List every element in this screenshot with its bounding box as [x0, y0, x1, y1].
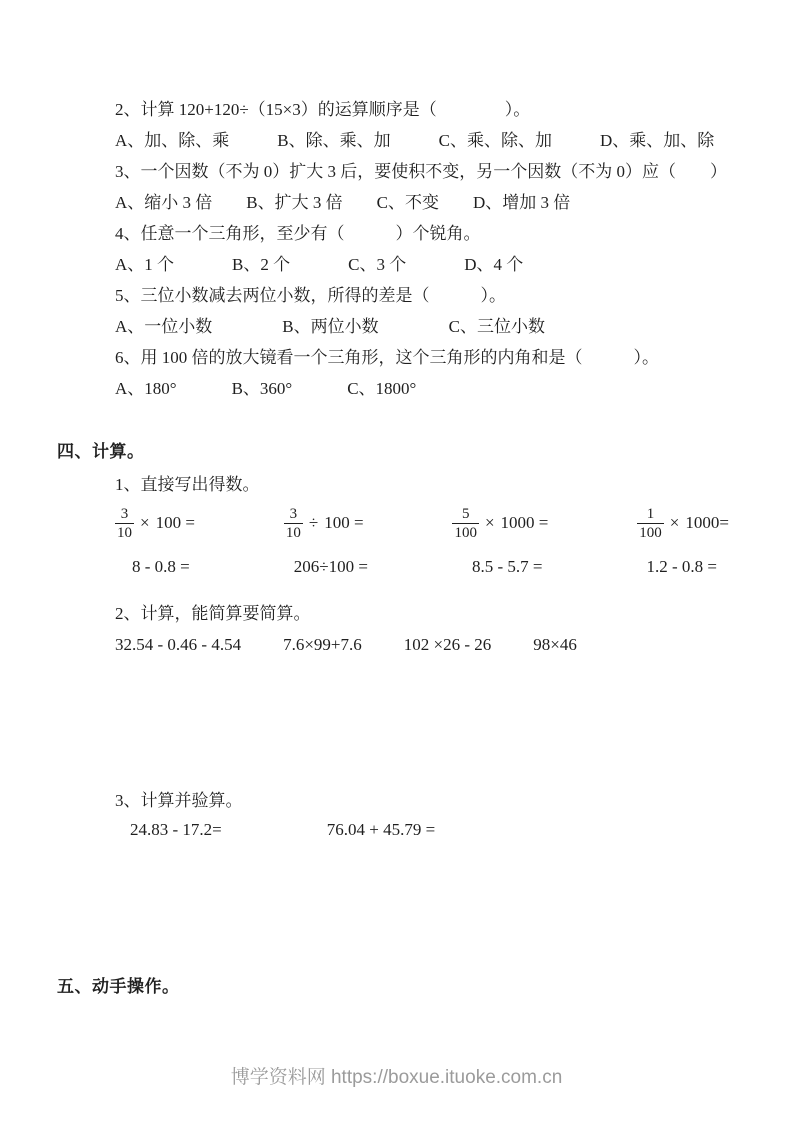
question-2-text: 2、计算 120+120÷（15×3）的运算顺序是（ ）。 [115, 92, 757, 123]
option-5b: B、两位小数 [282, 312, 378, 337]
fraction-2: 3 10 [284, 505, 303, 542]
decimal-calc-row: 8 - 0.8 = 206÷100 = 8.5 - 5.7 = 1.2 - 0.… [132, 551, 717, 582]
simplify-expression-2: 7.6×99+7.6 [283, 635, 362, 655]
operator: × [485, 513, 495, 533]
option-5c: C、三位小数 [449, 312, 545, 337]
operator: × [140, 513, 150, 533]
question-6-options: A、180° B、360° C、1800° [115, 371, 757, 402]
fraction-1: 3 10 [115, 505, 134, 542]
question-4-options: A、1 个 B、2 个 C、3 个 D、4 个 [115, 247, 757, 278]
decimal-expression-3: 8.5 - 5.7 = [472, 557, 543, 577]
option-3b: B、扩大 3 倍 [246, 188, 342, 213]
decimal-expression-1: 8 - 0.8 = [132, 557, 190, 577]
section4-sub3-label: 3、计算并验算。 [115, 783, 757, 814]
option-2c: C、乘、除、加 [439, 126, 552, 151]
verify-calc-row: 24.83 - 17.2= 76.04 + 45.79 = [130, 814, 757, 845]
operand: 1000 = [501, 513, 549, 533]
simplify-expression-4: 98×46 [533, 635, 577, 655]
fraction-expression-4: 1 100 × 1000= [637, 505, 729, 542]
section-five-title: 五、动手操作。 [57, 969, 757, 1000]
question-3-options: A、缩小 3 倍 B、扩大 3 倍 C、不变 D、增加 3 倍 [115, 185, 757, 216]
question-3-text: 3、一个因数（不为 0）扩大 3 后，要使积不变，另一个因数（不为 0）应（ ） [115, 154, 757, 185]
question-5-options: A、一位小数 B、两位小数 C、三位小数 [115, 309, 757, 340]
simplify-calc-row: 32.54 - 0.46 - 4.54 7.6×99+7.6 102 ×26 -… [115, 629, 757, 660]
option-3d: D、增加 3 倍 [473, 188, 570, 213]
fraction-expression-3: 5 100 × 1000 = [452, 505, 548, 542]
verify-expression-1: 24.83 - 17.2= [130, 820, 222, 840]
section4-sub2-label: 2、计算，能简算要简算。 [115, 596, 757, 627]
option-3a: A、缩小 3 倍 [115, 188, 212, 213]
option-6c: C、1800° [347, 374, 416, 399]
question-4-text: 4、任意一个三角形，至少有（ ）个锐角。 [115, 216, 757, 247]
question-6-text: 6、用 100 倍的放大镜看一个三角形，这个三角形的内角和是（ ）。 [115, 340, 757, 371]
worksheet-page: 2、计算 120+120÷（15×3）的运算顺序是（ ）。 A、加、除、乘 B、… [0, 0, 793, 1122]
operator: × [670, 513, 680, 533]
footer-text: 博学资料网 https://boxue.ituoke.com.cn [231, 1067, 563, 1088]
footer-watermark: 博学资料网 https://boxue.ituoke.com.cn [0, 1062, 793, 1089]
option-4c: C、3 个 [348, 250, 406, 275]
option-5a: A、一位小数 [115, 312, 212, 337]
question-5-text: 5、三位小数减去两位小数，所得的差是（ ）。 [115, 278, 757, 309]
simplify-expression-3: 102 ×26 - 26 [404, 635, 492, 655]
question-2-options: A、加、除、乘 B、除、乘、加 C、乘、除、加 D、乘、加、除 [115, 123, 757, 154]
option-2a: A、加、除、乘 [115, 126, 229, 151]
operator: ÷ [309, 513, 318, 533]
option-4b: B、2 个 [232, 250, 290, 275]
verify-expression-2: 76.04 + 45.79 = [327, 820, 435, 840]
option-2d: D、乘、加、除 [600, 126, 714, 151]
fraction-expression-2: 3 10 ÷ 100 = [284, 505, 364, 542]
option-6b: B、360° [232, 374, 293, 399]
simplify-expression-1: 32.54 - 0.46 - 4.54 [115, 635, 241, 655]
worksheet-content: 2、计算 120+120÷（15×3）的运算顺序是（ ）。 A、加、除、乘 B、… [57, 92, 757, 1000]
fraction-calc-row: 3 10 × 100 = 3 10 ÷ 100 = 5 100 × [115, 498, 729, 548]
operand: 100 = [156, 513, 195, 533]
option-4d: D、4 个 [464, 250, 523, 275]
decimal-expression-4: 1.2 - 0.8 = [646, 557, 717, 577]
section4-sub1-label: 1、直接写出得数。 [115, 467, 757, 498]
option-2b: B、除、乘、加 [277, 126, 390, 151]
operand: 100 = [324, 513, 363, 533]
section-four-title: 四、计算。 [57, 434, 757, 465]
decimal-expression-2: 206÷100 = [294, 557, 368, 577]
operand: 1000= [685, 513, 729, 533]
option-6a: A、180° [115, 374, 177, 399]
option-4a: A、1 个 [115, 250, 174, 275]
fraction-expression-1: 3 10 × 100 = [115, 505, 195, 542]
fraction-4: 1 100 [637, 505, 664, 542]
fraction-3: 5 100 [452, 505, 479, 542]
option-3c: C、不变 [377, 188, 439, 213]
